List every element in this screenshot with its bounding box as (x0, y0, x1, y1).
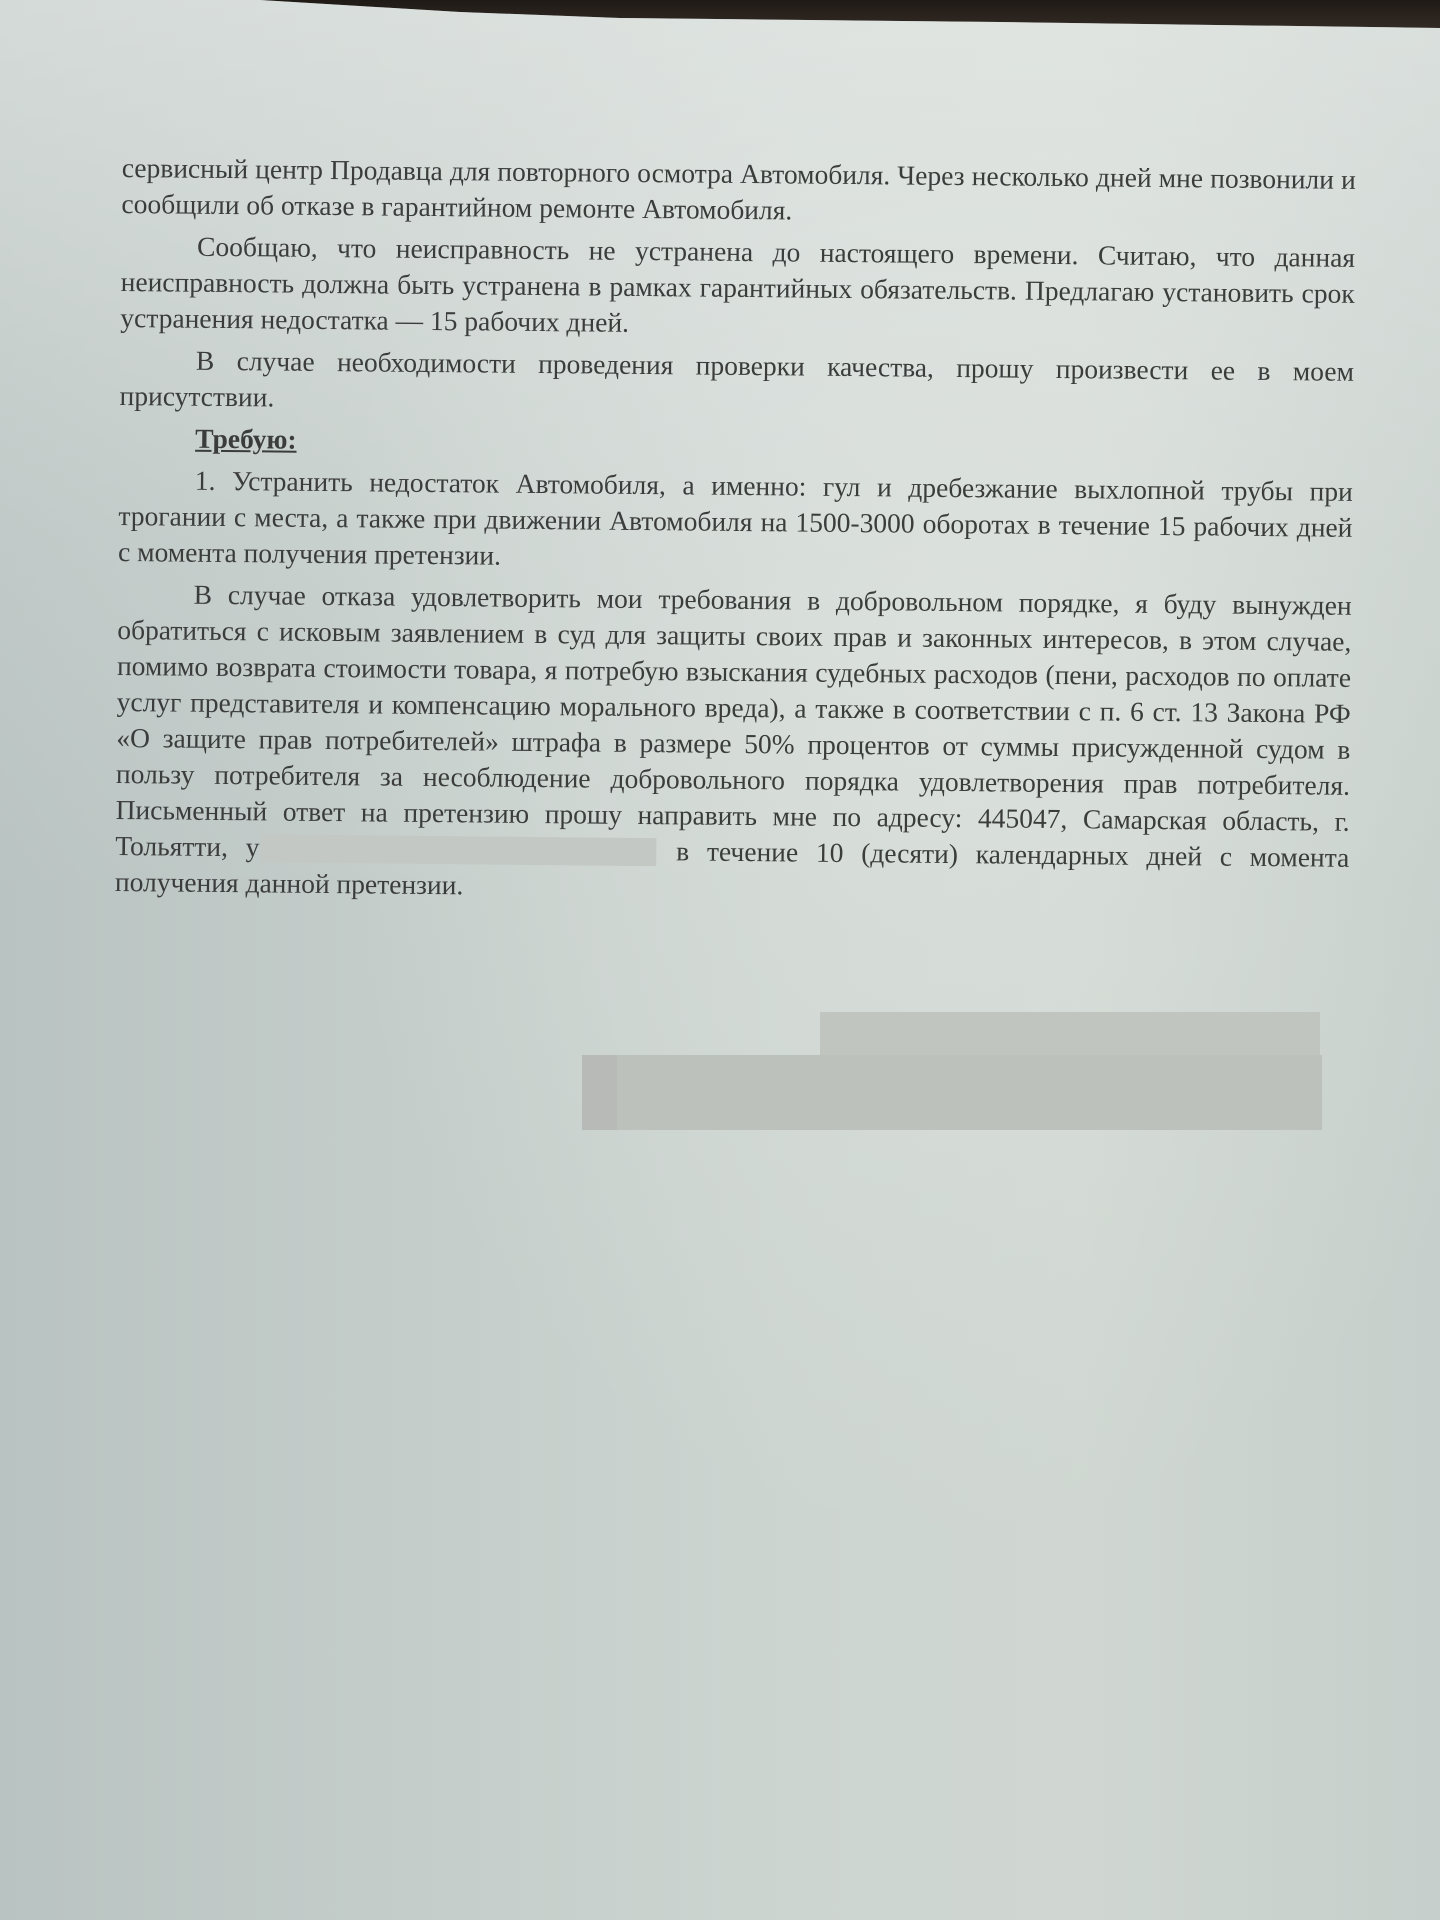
demand-item-1: 1. Устранить недостаток Автомобиля, а им… (118, 462, 1353, 582)
demand-heading: Требую: (195, 421, 1353, 468)
paragraph-defect-not-fixed: Сообщаю, что неисправность не устранена … (120, 228, 1355, 348)
document-body: сервисный центр Продавца для повторного … (115, 150, 1356, 918)
paragraph-closing: В случае отказа удовлетворить мои требов… (115, 576, 1352, 912)
paper-sheet: сервисный центр Продавца для повторного … (0, 0, 1440, 1920)
redacted-street-address (261, 834, 656, 866)
redacted-signature-area (582, 1055, 1322, 1130)
redacted-signature-area-top (820, 1012, 1320, 1057)
demand-item-text: Устранить недостаток Автомобиля, а именн… (118, 465, 1353, 571)
demand-item-number: 1. (195, 465, 216, 496)
paragraph-quality-check: В случае необходимости проведения провер… (119, 342, 1354, 426)
paragraph-service-center: сервисный центр Продавца для повторного … (121, 150, 1356, 234)
redacted-signature-edge (582, 1055, 617, 1130)
closing-text-before-redaction: В случае отказа удовлетворить мои требов… (115, 579, 1352, 863)
